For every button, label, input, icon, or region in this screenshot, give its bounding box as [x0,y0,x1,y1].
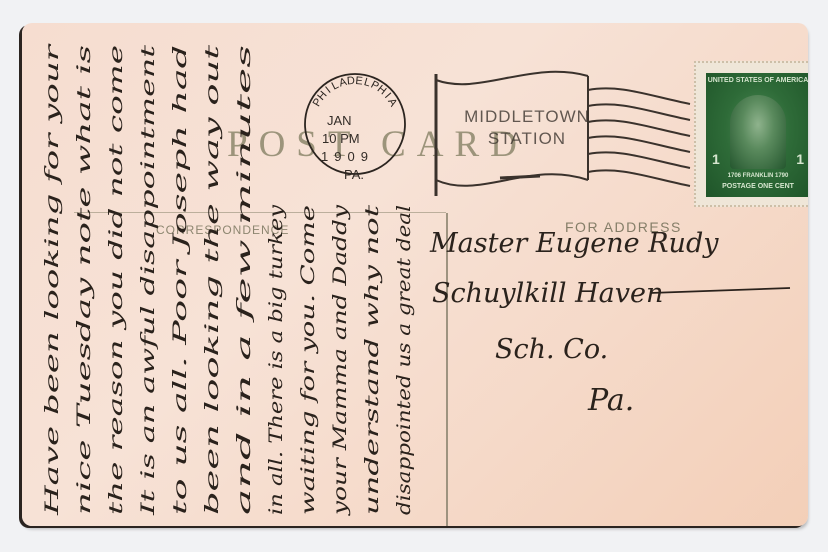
svg-text:to us all. Poor Joseph had: to us all. Poor Joseph had [169,45,191,515]
svg-text:Sch. Co.: Sch. Co. [495,334,608,365]
address-handwriting: Master Eugene Rudy Schuylkill Haven Sch.… [429,228,719,418]
svg-text:understand why not: understand why not [361,204,383,515]
svg-text:A: A [385,96,399,109]
strike-through [650,288,790,293]
svg-text:and in a few minutes: and in a few minutes [233,44,255,515]
svg-text:in all. There is a big turkey: in all. There is a big turkey [265,205,287,515]
svg-text:your Mamma and Daddy: your Mamma and Daddy [329,205,351,517]
ink-overlay: PHILADELPHIA Master Eugene Rudy Schuylki… [0,0,828,552]
svg-text:Master Eugene Rudy: Master Eugene Rudy [429,228,719,259]
svg-text:Pa.: Pa. [587,383,634,418]
flag-cancel [436,72,690,196]
svg-text:E: E [355,75,363,88]
svg-text:Schuylkill Haven: Schuylkill Haven [432,278,663,309]
svg-text:the reason you did not come: the reason you did not come [105,45,127,515]
svg-text:been looking the way out: been looking the way out [201,44,223,515]
postmark-circle: PHILADELPHIA [305,74,405,174]
svg-text:It is an awful disappointment: It is an awful disappointment [137,44,159,516]
svg-text:Have been looking for your: Have been looking for your [41,42,63,517]
svg-text:nice Tuesday note what is: nice Tuesday note what is [73,45,95,515]
svg-text:disappointed us a great deal: disappointed us a great deal [393,205,415,515]
svg-text:waiting for you. Come: waiting for you. Come [297,205,319,515]
message-handwriting: Have been looking for yournice Tuesday n… [41,42,415,517]
